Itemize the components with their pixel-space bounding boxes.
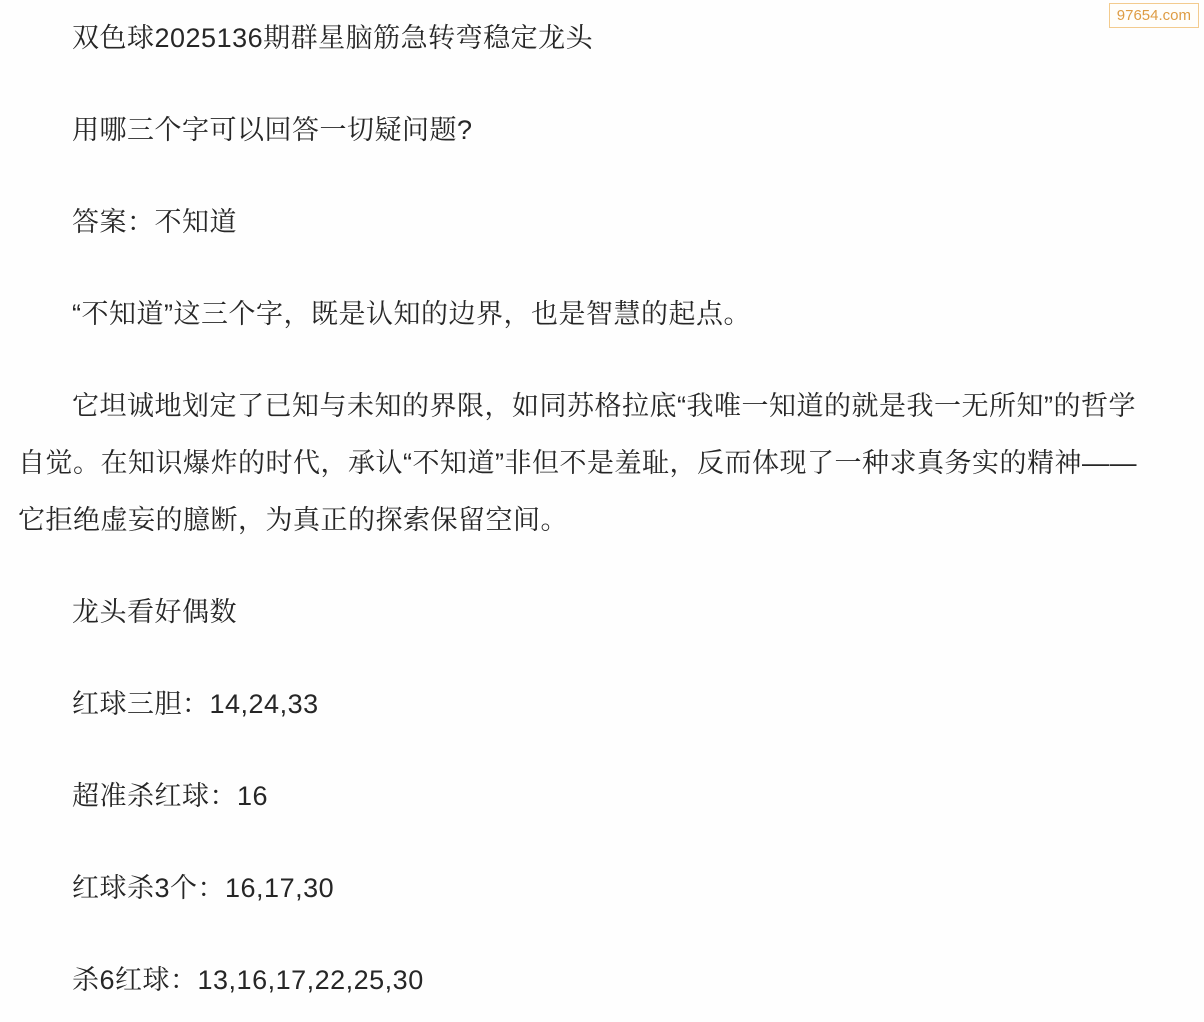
paragraph-dragon-head: 龙头看好偶数 <box>18 584 1156 641</box>
paragraph-red-three-dan: 红球三胆：14,24,33 <box>18 676 1156 733</box>
paragraph-philosophy: 它坦诚地划定了已知与未知的界限，如同苏格拉底“我唯一知道的就是我一无所知”的哲学… <box>18 378 1156 549</box>
paragraph-riddle-answer: 答案：不知道 <box>18 194 1156 251</box>
paragraph-super-kill-red: 超准杀红球：16 <box>18 768 1156 825</box>
paragraph-riddle-question: 用哪三个字可以回答一切疑问题? <box>18 102 1156 159</box>
article-content: 双色球2025136期群星脑筋急转弯稳定龙头 用哪三个字可以回答一切疑问题? 答… <box>0 0 1204 1009</box>
paragraph-kill-6-red: 杀6红球：13,16,17,22,25,30 <box>18 952 1156 1009</box>
watermark-badge: 97654.com <box>1109 3 1199 28</box>
paragraph-kill-3-red: 红球杀3个：16,17,30 <box>18 860 1156 917</box>
article-title: 双色球2025136期群星脑筋急转弯稳定龙头 <box>18 10 1156 67</box>
article-page: 97654.com 双色球2025136期群星脑筋急转弯稳定龙头 用哪三个字可以… <box>0 0 1204 1022</box>
paragraph-quote-intro: “不知道”这三个字，既是认知的边界，也是智慧的起点。 <box>18 286 1156 343</box>
